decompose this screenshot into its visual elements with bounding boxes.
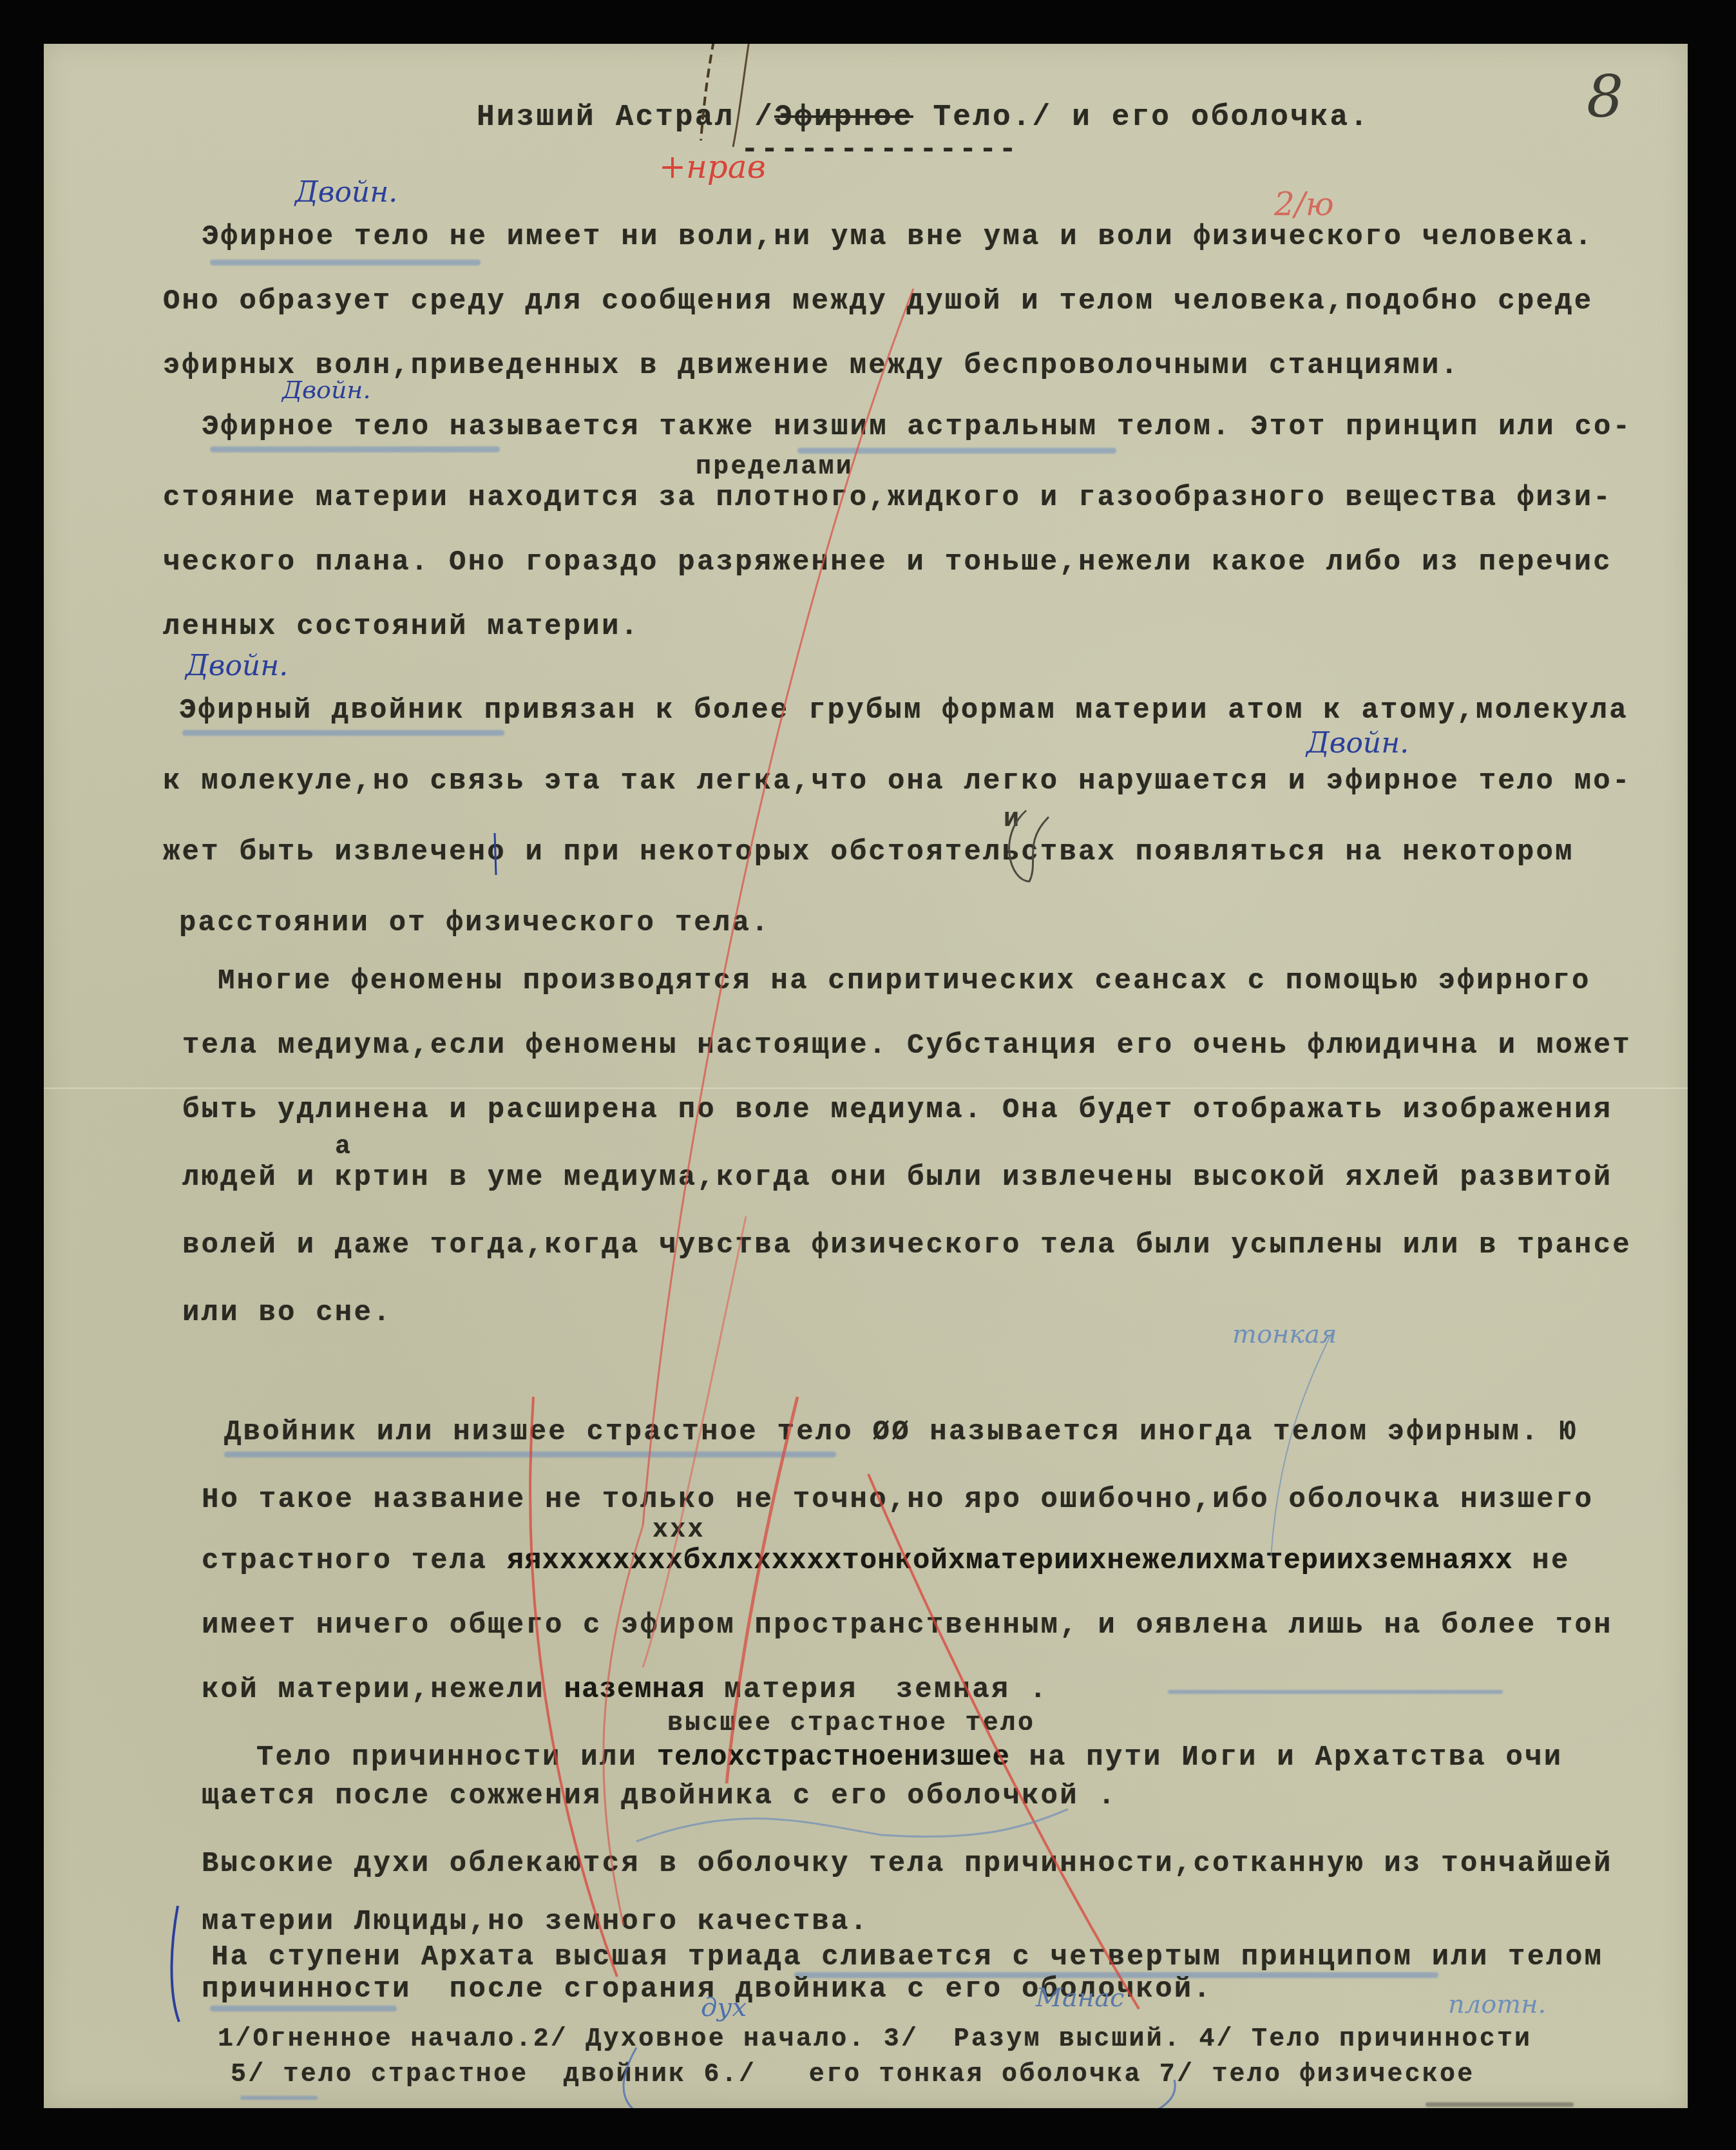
blue-underline <box>240 2096 318 2100</box>
p7-line-2: материи Люциды,но земного качества. <box>202 1906 869 1938</box>
p6-line-1-suffix: на пути Иоги и Архатства очи <box>1010 1742 1563 1774</box>
p5-line-1: Двойник или низшее страстное тело ØØ наз… <box>224 1416 1578 1448</box>
bottom-note-2: дух <box>701 1993 747 2022</box>
blue-underline <box>210 260 481 265</box>
p4-line-5: волей и даже тогда,когда чувства физичес… <box>182 1229 1632 1262</box>
blue-above-line-note: Двойн. <box>1306 727 1409 760</box>
p5-line-5-overtyped: наземная <box>564 1674 705 1706</box>
p6-line-1: Тело причинности или телохстрастноенизше… <box>256 1742 1563 1774</box>
title-struck-word: Эфирное <box>774 101 913 134</box>
p5-line-2: Но такое название не только не точно,но … <box>202 1484 1594 1516</box>
p5-line-3-end: не <box>1513 1545 1570 1577</box>
p2-line-3: ческого плана. Оно гораздо разряженнее и… <box>163 546 1612 579</box>
p3-line-2: к молекуле,но связь эта так легка,что он… <box>163 765 1632 798</box>
blue-right-faint-note: тонкая <box>1232 1320 1337 1349</box>
document-page: 8 Низший Астрал /Эфирное Тело./ и его об… <box>44 44 1688 2108</box>
blue-margin-note-2: Двойн. <box>282 376 370 404</box>
p3-line-1: Эфирный двойник привязан к более грубым … <box>179 695 1628 727</box>
p2-line-2: стояние материи находится за плотного,жи… <box>163 482 1612 514</box>
p6-overtyped-text: телохстрастноенизшее <box>657 1742 1010 1774</box>
p5-insertion: ххх <box>653 1516 705 1545</box>
p4-insertion: а <box>335 1133 352 1162</box>
p1-line-2: Оно образует среду для сообщения между д… <box>163 285 1593 318</box>
blue-underline <box>210 446 500 452</box>
blue-underline <box>210 2006 397 2011</box>
page-title: Низший Астрал /Эфирное Тело./ и его обол… <box>477 101 1369 134</box>
bottom-note-3: Манас <box>1036 1983 1124 2013</box>
p1-line-1: Эфирное тело не имеет ни воли,ни ума вне… <box>202 221 1594 253</box>
page-number: 8 <box>1587 63 1623 131</box>
p2-insertion: пределами <box>696 453 854 482</box>
blue-margin-note-3: Двойн. <box>186 649 288 682</box>
blue-underline <box>182 730 504 736</box>
p5-overtyped-text: яяххххххххбхлххххххтонкойхматериихнежели… <box>507 1545 1513 1577</box>
p4-line-6: или во сне. <box>182 1297 392 1329</box>
p4-line-2: тела медиума,если феномены настоящие. Су… <box>182 1030 1632 1062</box>
p8-line-1: На ступени Архата высшая триада сливаетс… <box>211 1941 1603 1973</box>
p5-line-3-start: страстного тела <box>202 1545 507 1577</box>
p5-line-5: кой материи,нежели наземная материя земн… <box>202 1674 1049 1706</box>
title-suffix: Тело./ и его оболочка. <box>913 101 1370 134</box>
red-annotation-top-right: 2/ю <box>1274 186 1334 223</box>
p6-line-1-prefix: Тело причинности или <box>256 1742 657 1774</box>
p3-insertion: и <box>1004 805 1021 834</box>
blue-underline <box>224 1452 836 1457</box>
p3-line-4: расстоянии от физического тела. <box>179 907 770 939</box>
p5-line-5-start: кой материи,нежели <box>202 1674 564 1706</box>
p3-line-3: жет быть извлечено и при некоторых обсто… <box>163 836 1574 869</box>
p5-line-5-end: материя земная . <box>705 1674 1049 1706</box>
title-prefix: Низший Астрал / <box>477 101 774 134</box>
p2-line-1: Эфирное тело называется также низшим аст… <box>202 411 1632 443</box>
p5-line-3: страстного тела яяххххххххбхлххххххтонко… <box>202 1545 1570 1577</box>
p2-line-4: ленных состояний материи. <box>163 611 640 643</box>
paper-fold <box>44 1088 1688 1089</box>
blue-margin-note-1: Двойн. <box>295 176 397 209</box>
p4-line-3: быть удлинена и расширена по воле медиум… <box>182 1094 1612 1126</box>
title-underline: -------------- <box>741 133 1018 166</box>
p6-insertion: высшее страстное тело <box>667 1709 1035 1738</box>
p4-line-1: Многие феномены производятся на спиритич… <box>218 965 1591 997</box>
blue-underline <box>1168 1690 1503 1694</box>
pencil-underline <box>1426 2102 1574 2107</box>
p6-line-2: щается после сожжения двойника с его обо… <box>202 1780 1117 1812</box>
principles-line-1: 1/Огненное начало.2/ Духовное начало. 3/… <box>218 2025 1532 2054</box>
principles-line-2: 5/ тело страстное двойник 6./ его тонкая… <box>231 2060 1474 2089</box>
p7-line-1: Высокие духи облекаются в оболочку тела … <box>202 1848 1613 1880</box>
red-annotation-top: +нрав <box>659 148 766 186</box>
p4-line-4: людей и кртин в уме медиума,когда они бы… <box>182 1162 1612 1194</box>
p5-line-4: имеет ничего общего с эфиром пространств… <box>202 1609 1613 1642</box>
bottom-note-4: плотн. <box>1448 1990 1546 2019</box>
